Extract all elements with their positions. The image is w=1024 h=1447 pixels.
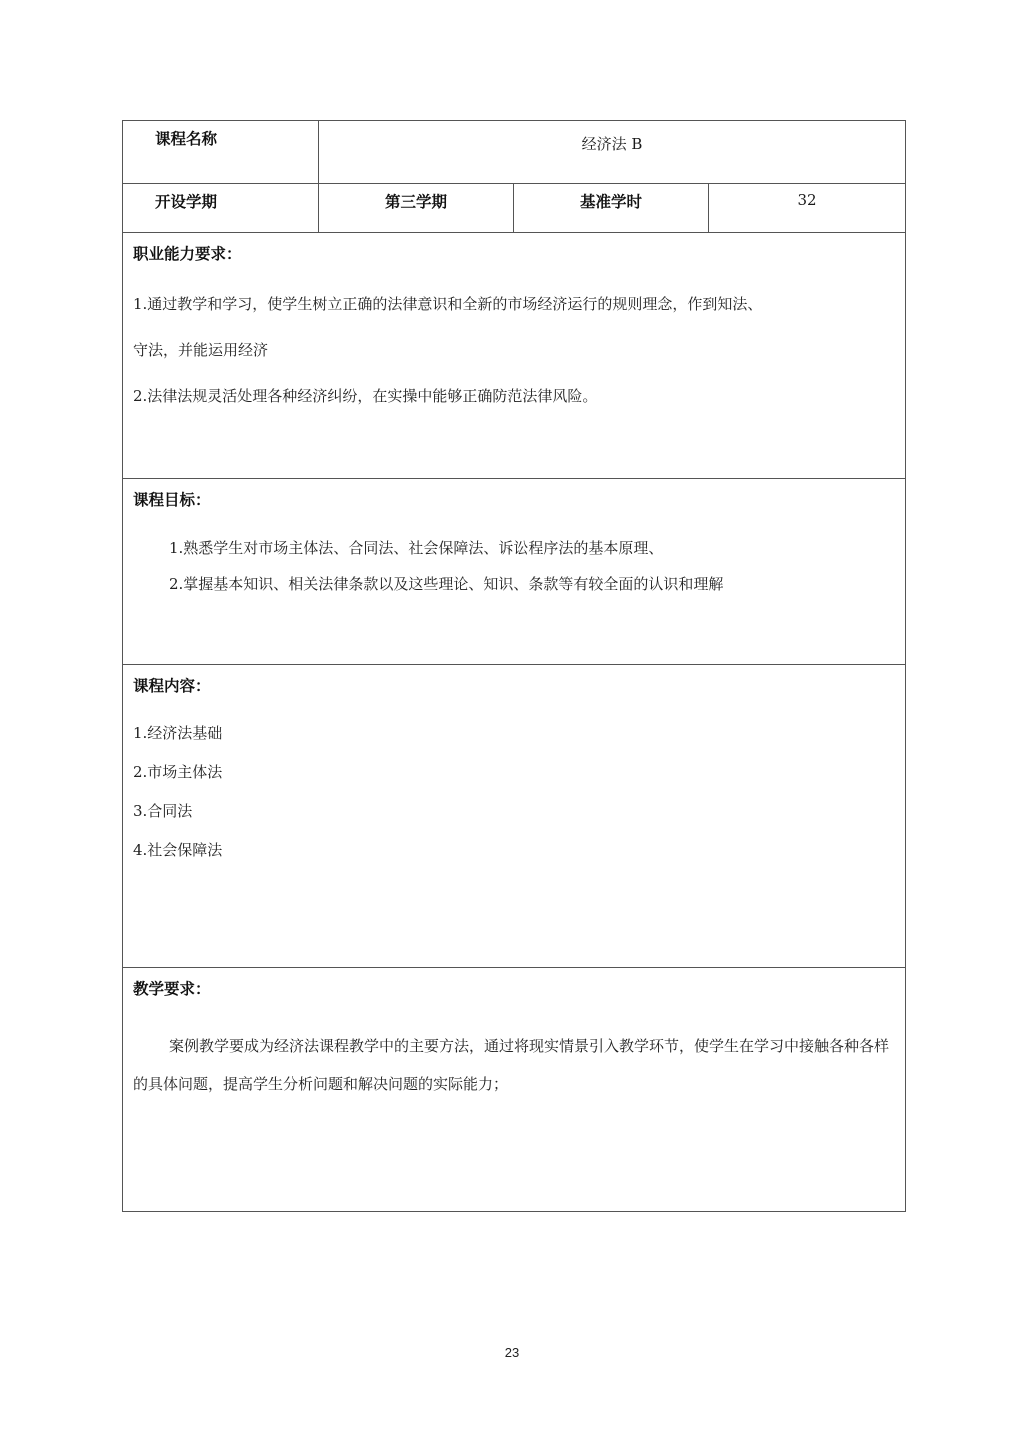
term-row: 开设学期 第三学期 基准学时 32 [123, 184, 906, 233]
ability-line: 1.通过教学和学习，使学生树立正确的法律意识和全新的市场经济运行的规则理念，作到… [133, 293, 895, 315]
term-label: 开设学期 [155, 193, 217, 211]
teaching-paragraph: 案例教学要成为经济法课程教学中的主要方法，通过将现实情景引入教学环节，使学生在学… [133, 1027, 895, 1103]
teaching-section-row: 教学要求： 案例教学要成为经济法课程教学中的主要方法，通过将现实情景引入教学环节… [123, 968, 906, 1212]
goal-section-row: 课程目标： 1.熟悉学生对市场主体法、合同法、社会保障法、诉讼程序法的基本原理、… [123, 479, 906, 665]
ability-section-row: 职业能力要求： 1.通过教学和学习，使学生树立正确的法律意识和全新的市场经济运行… [123, 233, 906, 479]
content-list: 1.经济法基础 2.市场主体法 3.合同法 4.社会保障法 [133, 722, 895, 861]
content-section-row: 课程内容： 1.经济法基础 2.市场主体法 3.合同法 4.社会保障法 [123, 665, 906, 968]
course-name-label-cell: 课程名称 [123, 121, 319, 184]
document-page: 课程名称 经济法 B 开设学期 第三学期 基准学时 32 职业能力要求： 1 [0, 0, 1024, 1447]
hours-label: 基准学时 [580, 193, 642, 211]
content-section: 课程内容： 1.经济法基础 2.市场主体法 3.合同法 4.社会保障法 [123, 665, 906, 968]
page-number: 23 [0, 1345, 1024, 1360]
content-section-title: 课程内容： [133, 674, 895, 698]
goal-section-title: 课程目标： [133, 488, 895, 512]
goal-list: 1.熟悉学生对市场主体法、合同法、社会保障法、诉讼程序法的基本原理、 2.掌握基… [133, 537, 895, 595]
hours-value: 32 [797, 191, 816, 209]
course-name-value: 经济法 B [582, 135, 643, 153]
ability-section-title: 职业能力要求： [133, 242, 895, 266]
teaching-section-title: 教学要求： [133, 977, 895, 1001]
hours-value-cell: 32 [709, 184, 906, 233]
content-item: 1.经济法基础 [133, 722, 895, 744]
content-item: 2.市场主体法 [133, 761, 895, 783]
content-item: 3.合同法 [133, 800, 895, 822]
goal-section: 课程目标： 1.熟悉学生对市场主体法、合同法、社会保障法、诉讼程序法的基本原理、… [123, 479, 906, 665]
hours-label-cell: 基准学时 [514, 184, 709, 233]
goal-item: 2.掌握基本知识、相关法律条款以及这些理论、知识、条款等有较全面的认识和理解 [169, 573, 895, 595]
term-label-cell: 开设学期 [123, 184, 319, 233]
term-value: 第三学期 [385, 193, 447, 211]
content-item: 4.社会保障法 [133, 839, 895, 861]
goal-item: 1.熟悉学生对市场主体法、合同法、社会保障法、诉讼程序法的基本原理、 [169, 537, 895, 559]
ability-section: 职业能力要求： 1.通过教学和学习，使学生树立正确的法律意识和全新的市场经济运行… [123, 233, 906, 479]
ability-line: 2.法律法规灵活处理各种经济纠纷，在实操中能够正确防范法律风险。 [133, 385, 895, 407]
course-name-row: 课程名称 经济法 B [123, 121, 906, 184]
term-value-cell: 第三学期 [319, 184, 514, 233]
course-name-label: 课程名称 [155, 130, 217, 148]
course-name-value-cell: 经济法 B [319, 121, 906, 184]
course-info-table: 课程名称 经济法 B 开设学期 第三学期 基准学时 32 职业能力要求： 1 [122, 120, 906, 1212]
teaching-section: 教学要求： 案例教学要成为经济法课程教学中的主要方法，通过将现实情景引入教学环节… [123, 968, 906, 1212]
ability-line: 守法，并能运用经济 [133, 339, 895, 361]
